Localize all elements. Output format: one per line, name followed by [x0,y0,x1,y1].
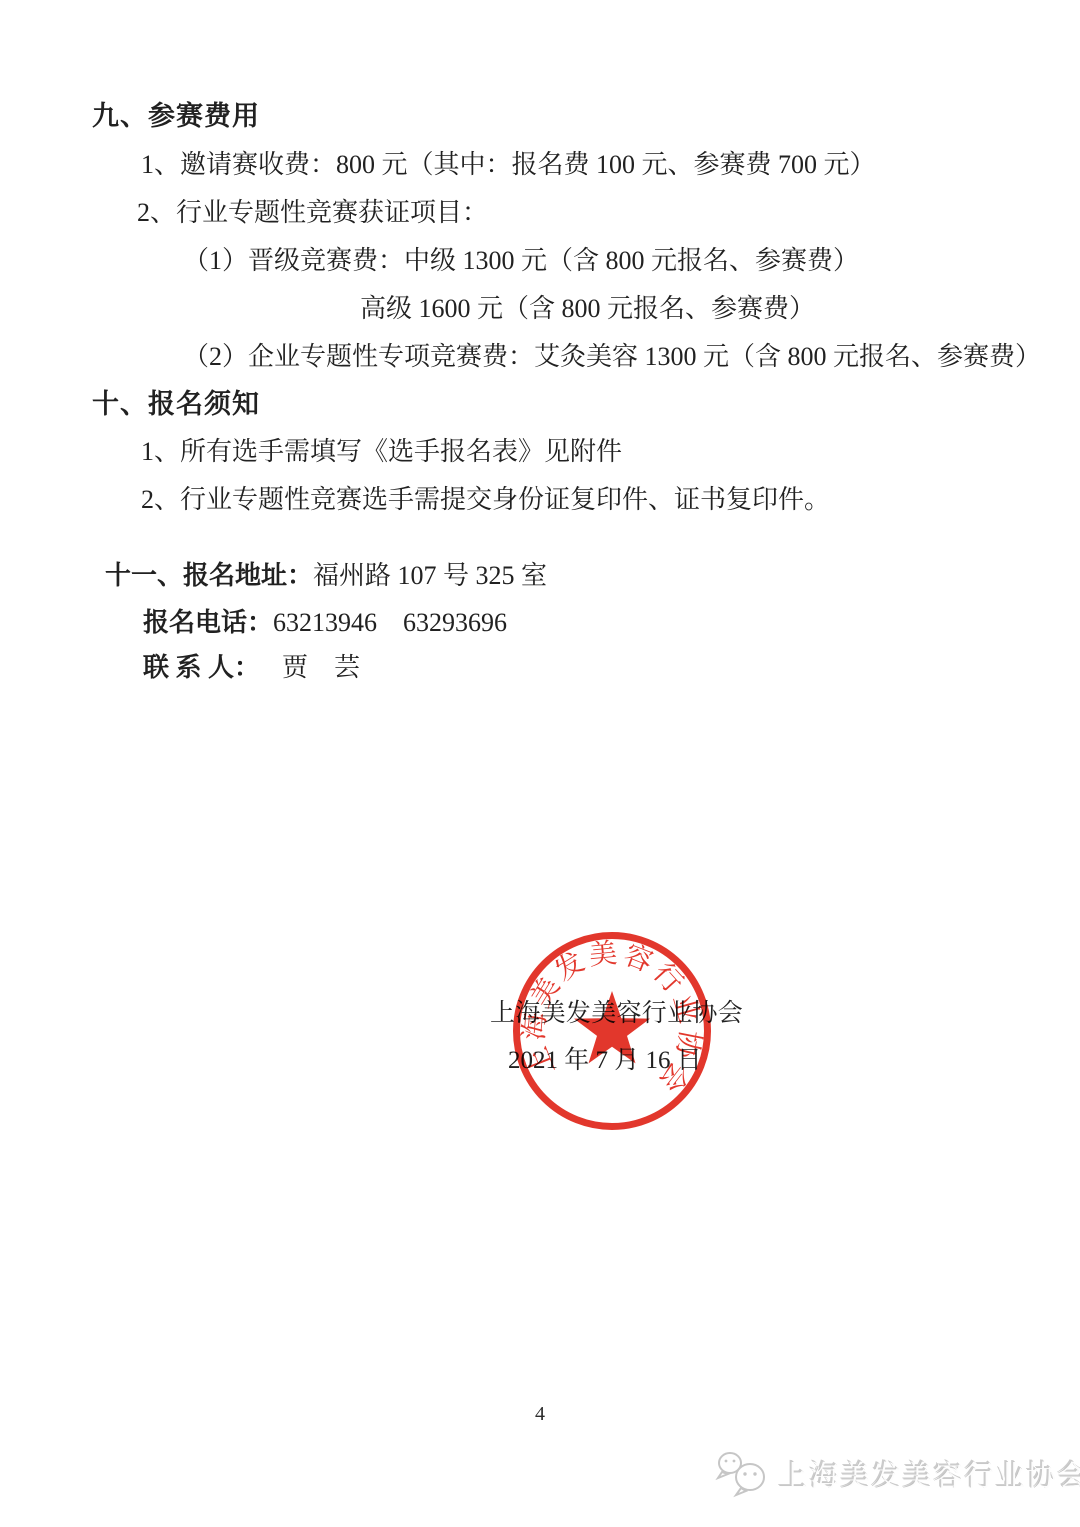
seal-star-icon [574,991,650,1063]
section-9-item-1: 1、邀请赛收费：800 元（其中：报名费 100 元、参赛费 700 元） [141,150,876,180]
section-9-item-2-sub-1-continuation: 高级 1600 元（含 800 元报名、参赛费） [360,294,815,324]
page-number: 4 [0,1403,1080,1426]
section-9-item-2-sub-2: （2）企业专题性专项竞赛费：艾灸美容 1300 元（含 800 元报名、参赛费） [183,342,1041,372]
section-10-item-2: 2、行业专题性竞赛选手需提交身份证复印件、证书复印件。 [141,485,830,515]
section-9-item-2: 2、行业专题性竞赛获证项目： [137,198,488,228]
contact-person-name: 贾 芸 [282,653,360,682]
section-9-heading: 九、参赛费用 [92,101,260,131]
wechat-chat-bubbles-icon [714,1450,770,1498]
document-page: { "s9": { "heading": "九、参赛费用", "item1": … [0,0,1080,1527]
contact-person-label: 联 系 人： [143,653,260,682]
section-10-heading: 十、报名须知 [92,389,260,419]
section-10-item-1: 1、所有选手需填写《选手报名表》见附件 [141,437,622,467]
watermark: 上海美发美容行业协会 [714,1450,1080,1498]
watermark-text: 上海美发美容行业协会 [779,1454,1080,1495]
official-seal: 上海美发美容行业协会 [502,921,722,1141]
contact-person-line: 联 系 人：贾 芸 [130,623,360,683]
section-9-item-2-sub-1: （1）晋级竞赛费：中级 1300 元（含 800 元报名、参赛费） [183,246,859,276]
